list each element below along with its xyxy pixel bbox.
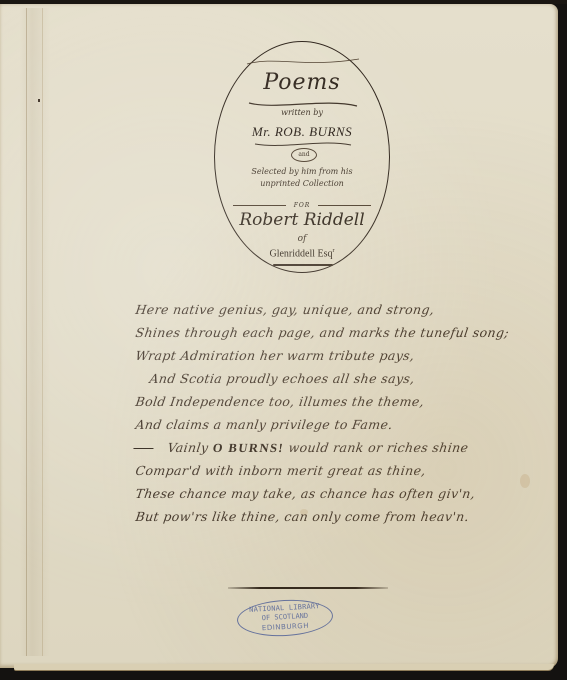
title-cartouche: Poems written by Mr. ROB. BURNS and Sele… <box>214 41 390 273</box>
poem-line: Vainly O BURNS! would rank or riches shi… <box>134 436 537 459</box>
of-label: of <box>215 234 389 244</box>
estate-superscript: r <box>333 248 335 254</box>
burns-name: O BURNS! <box>212 441 285 455</box>
and-label: and <box>291 148 317 162</box>
selected-line-2: unprinted Collection <box>215 178 389 190</box>
selected-by-text: Selected by him from his unprinted Colle… <box>215 166 389 190</box>
top-flourish-icon <box>245 56 361 66</box>
manuscript-page: Poems written by Mr. ROB. BURNS and Sele… <box>0 4 558 668</box>
recipient-name: Robert Riddell <box>215 210 389 230</box>
library-stamp: NATIONAL LIBRARY OF SCOTLAND EDINBURGH <box>236 598 334 639</box>
end-rule <box>228 587 388 589</box>
estate-name: Glenriddell Esqr <box>215 248 389 259</box>
divider-rule <box>318 205 371 206</box>
poem-line: Wrapt Admiration her warm tribute pays, <box>134 344 537 367</box>
poems-title: Poems <box>215 70 389 95</box>
poem-line: But pow'rs like thine, can only come fro… <box>134 505 537 528</box>
poem-line-start: Vainly <box>167 440 210 455</box>
estate-text: Glenriddell Esq <box>269 248 332 259</box>
page-bottom-edge <box>14 664 554 670</box>
binding-crease-secondary <box>42 8 43 656</box>
written-by-label: written by <box>215 108 389 117</box>
binding-gutter-shadow <box>20 8 50 656</box>
author-name: Mr. ROB. BURNS <box>215 124 389 140</box>
poem-line-end: would rank or riches shine <box>288 440 470 455</box>
poem-line: Compar'd with inborn merit great as thin… <box>134 459 537 482</box>
poem-line: These chance may take, as chance has oft… <box>134 482 537 505</box>
poem-line: Here native genius, gay, unique, and str… <box>134 298 537 321</box>
selected-line-1: Selected by him from his <box>215 166 389 178</box>
bottom-flourish <box>273 264 333 266</box>
for-label: FOR <box>294 202 311 209</box>
binding-crease <box>26 8 27 656</box>
em-dash <box>133 448 153 450</box>
divider-rule <box>233 205 286 206</box>
poem-line: And Scotia proudly echoes all she says, <box>134 367 537 390</box>
ink-speck <box>38 99 40 102</box>
for-divider: FOR <box>233 200 371 210</box>
poem-verse: Here native genius, gay, unique, and str… <box>134 298 534 528</box>
poem-line: Shines through each page, and marks the … <box>134 321 537 344</box>
poem-line: And claims a manly privilege to Fame. <box>134 413 537 436</box>
poem-line: Bold Independence too, illumes the theme… <box>134 390 537 413</box>
